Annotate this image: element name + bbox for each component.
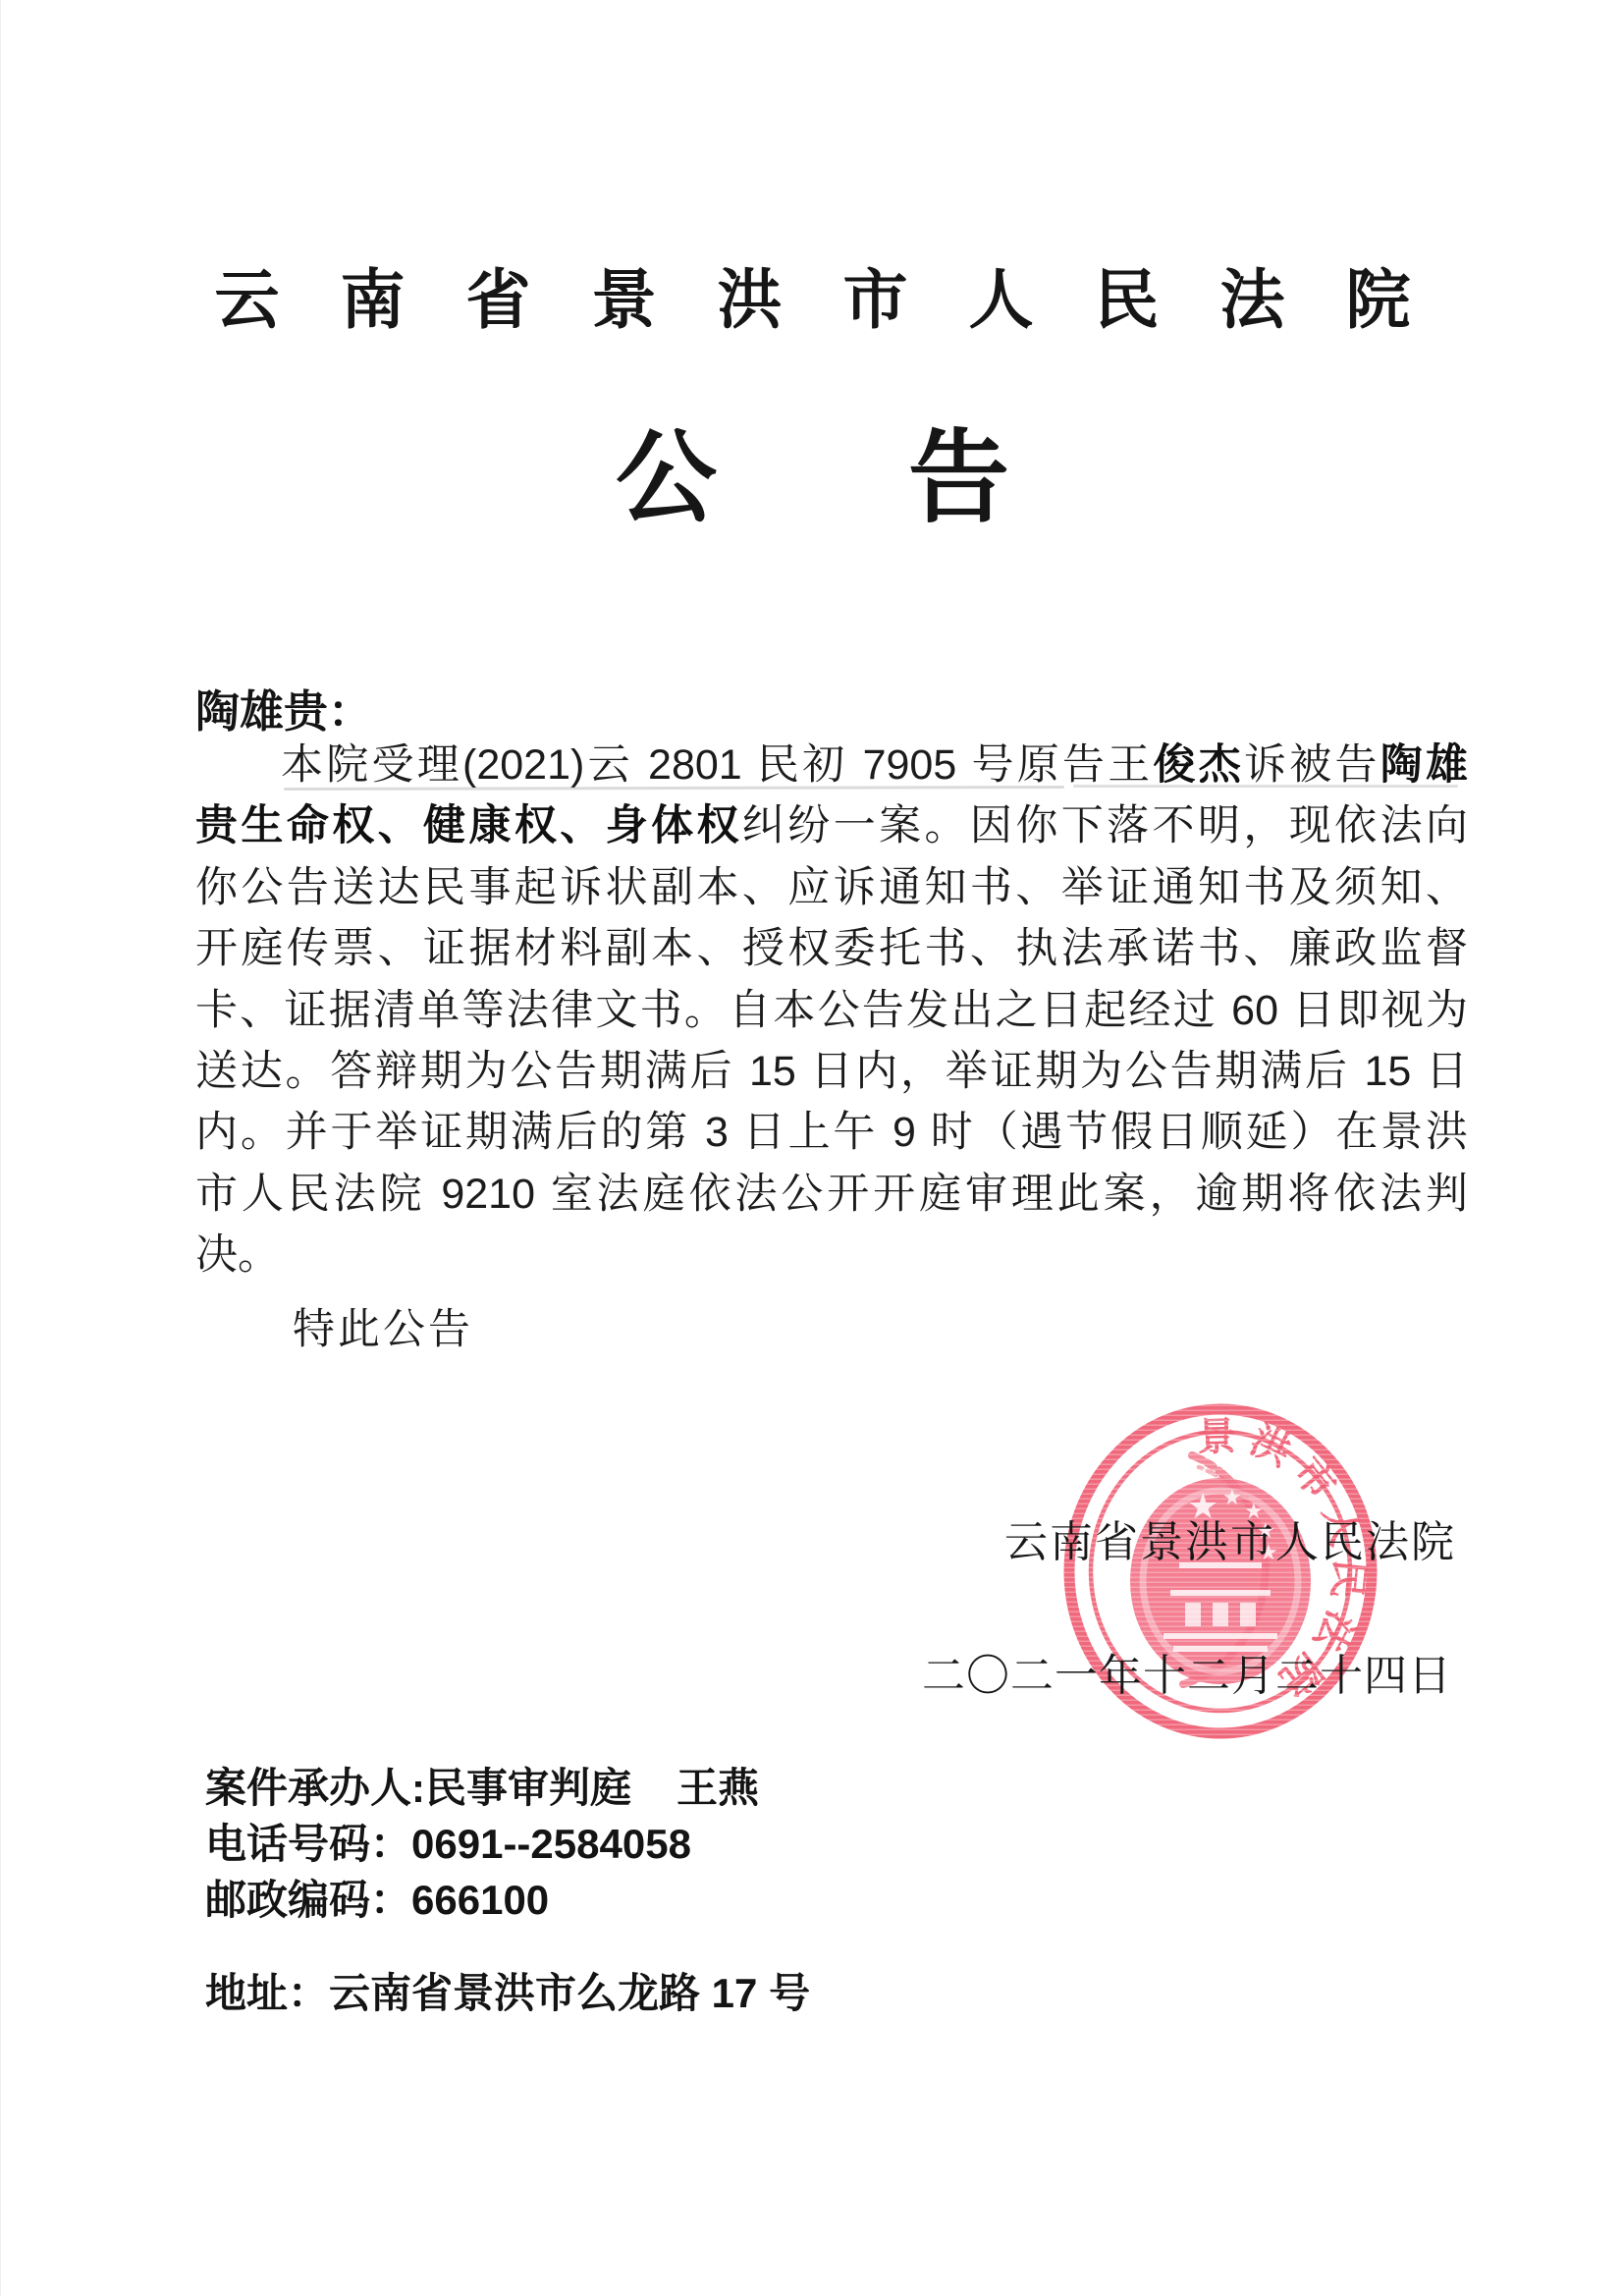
body-text: 决。: [195, 1231, 280, 1279]
announcement-page: 云南省景洪市人民法院 公告 陶雄贵： 本院受理(2021)云 2801 民初 7…: [0, 0, 1623, 2296]
announcement-body: 本院受理(2021)云 2801 民初 7905 号原告王俊杰诉被告陶雄贵生命权…: [195, 735, 1468, 1286]
postcode-line: 邮政编码：666100: [205, 1872, 810, 1928]
body-line: 送达。答辩期为公告期满后 15 日内，举证期为公告期满后 15 日: [195, 1041, 1468, 1102]
body-line: 内。并于举证期满后的第 3 日上午 9 时（遇节假日顺延）在景洪: [195, 1102, 1468, 1163]
party-name-emphasis: 俊杰: [1153, 741, 1244, 789]
signature-court-name: 云南省景洪市人民法院: [1004, 1506, 1456, 1569]
closing-phrase: 特此公告: [293, 1296, 473, 1356]
case-handler-department: 民事审判庭: [425, 1765, 631, 1811]
notice-heading-text: 公告: [616, 420, 1201, 538]
body-text: 卡、证据清单等法律文书。自本公告发出之日起经过 60 日即视为: [195, 987, 1468, 1034]
page-title: 云南省景洪市人民法院: [1, 263, 1623, 340]
signature-date: 二〇二一年十二月二十四日: [922, 1640, 1452, 1703]
court-title-text: 云南省景洪市人民法院: [215, 263, 1472, 340]
case-handler-line: 案件承办人:民事审判庭王燕: [205, 1760, 810, 1816]
contact-block: 案件承办人:民事审判庭王燕 电话号码：0691--2584058 邮政编码：66…: [205, 1760, 810, 2021]
body-line: 卡、证据清单等法律文书。自本公告发出之日起经过 60 日即视为: [195, 980, 1468, 1041]
party-name-emphasis: 陶雄: [1380, 741, 1468, 789]
phone-number: 0691--2584058: [411, 1821, 691, 1867]
body-text: 内。并于举证期满后的第 3 日上午 9 时（遇节假日顺延）在景洪: [195, 1109, 1468, 1156]
body-text: 市人民法院 9210 室法庭依法公开开庭审理此案，逾期将依法判: [195, 1171, 1468, 1218]
case-handler-name: 王燕: [676, 1765, 759, 1811]
body-text: 诉被告: [1244, 741, 1380, 789]
case-handler-label: 案件承办人:: [205, 1765, 425, 1811]
body-text: 本院受理(2021)云 2801 民初 7905 号原告王: [281, 741, 1153, 789]
address-value: 云南省景洪市么龙路 17 号: [329, 1970, 810, 2016]
emblem-gate-arches: [1185, 1603, 1256, 1626]
notice-heading: 公告: [1, 420, 1623, 538]
body-line: 你公告送达民事起诉状副本、应诉通知书、举证通知书及须知、: [195, 857, 1468, 918]
body-line: 开庭传票、证据材料副本、授权委托书、执法承诺书、廉政监督: [195, 918, 1468, 979]
recipient-name: 陶雄贵：: [195, 676, 372, 739]
body-line: 决。: [195, 1225, 1468, 1285]
body-text: 你公告送达民事起诉状副本、应诉通知书、举证通知书及须知、: [195, 864, 1468, 911]
phone-label: 电话号码：: [205, 1821, 411, 1867]
scan-artifact-line: [1073, 785, 1458, 788]
body-text: 送达。答辩期为公告期满后 15 日内，举证期为公告期满后 15 日: [195, 1048, 1468, 1095]
address-label: 地址：: [205, 1970, 329, 2016]
body-text: 开庭传票、证据材料副本、授权委托书、执法承诺书、廉政监督: [195, 925, 1468, 972]
body-line: 贵生命权、健康权、身体权纠纷一案。因你下落不明，现依法向: [195, 795, 1468, 856]
party-name-emphasis: 贵生命权、健康权、身体权: [195, 802, 742, 849]
postcode-value: 666100: [411, 1877, 549, 1923]
postcode-label: 邮政编码：: [205, 1877, 411, 1923]
body-line: 市人民法院 9210 室法庭依法公开开庭审理此案，逾期将依法判: [195, 1164, 1468, 1225]
address-line: 地址：云南省景洪市么龙路 17 号: [205, 1965, 810, 2021]
body-text: 纠纷一案。因你下落不明，现依法向: [742, 802, 1468, 849]
phone-line: 电话号码：0691--2584058: [205, 1816, 810, 1872]
